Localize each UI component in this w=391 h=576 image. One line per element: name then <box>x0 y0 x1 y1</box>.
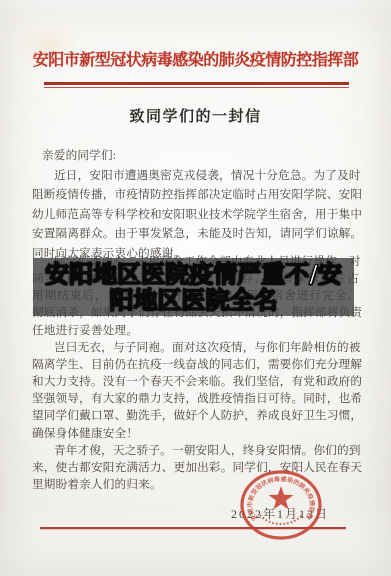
letter-line: 确保身体健康安全！ <box>32 425 359 442</box>
letter-line: 幼儿师范高等专科学校和安阳职业技术学院学生宿舍，用于集中 <box>32 205 359 225</box>
letter-photo-page: 安阳市新型冠状病毒感染的肺炎疫情防控指挥部 致同学们的一封信 亲爱的同学们:近日… <box>0 0 391 576</box>
header-rule-thin <box>44 87 349 88</box>
letter-line: 岂曰无衣，与子同袍。面对这次疫情，与你们年龄相仿的被 <box>32 339 359 356</box>
letter-line: 近日，安阳市遭遇奥密克戎侵袭，情况十分危急。为了及时 <box>32 166 359 186</box>
caption-line-2: 阳地区医院全名 <box>110 287 278 313</box>
seal-star-icon <box>269 486 294 510</box>
letter-line: 青年才俊，天之骄子。一朝安阳人，终身安阳情。你们的到 <box>32 442 359 459</box>
letter-line: 任地进行妥善处理。 <box>32 322 359 339</box>
letter-line: 亲爱的同学们: <box>32 146 359 166</box>
letter-line: 阻断疫情传播，市疫情防控指挥部决定临时占用安阳学院、安阳 <box>32 185 359 205</box>
letter-line: 坚强领导，有大家的鼎力支持，战胜疫情指日可待。同时，也希 <box>32 390 359 407</box>
official-seal: 安阳市新型冠状病毒感染的肺炎疫情防控指挥部 <box>236 464 328 544</box>
letter-line: 安置隔离群众。由于事发紧急，未能及时告知，请同学们谅解。 <box>32 224 359 244</box>
header-rule-thick <box>44 82 349 85</box>
caption-line-1: 安阳地区医院疫情严重不/安 <box>45 261 342 287</box>
seal-bottom-code <box>260 515 302 524</box>
video-caption-overlay: 安阳地区医院疫情严重不/安 阳地区医院全名 <box>33 258 354 316</box>
letter-line: 和大力支持。没有一个春天不会来临。我们坚信，有党和政府的 <box>32 373 359 390</box>
letter-line: 隔离学生、目前仍在抗疫一线奋战的同志们，需要你们充分理解 <box>32 356 359 373</box>
letter-line: 望同学们戴口罩、勤洗手，做好个人防护，养成良好卫生习惯， <box>32 407 359 424</box>
letter-body-paragraph-1: 亲爱的同学们:近日，安阳市遭遇奥密克戎侵袭，情况十分危急。为了及时阻断疫情传播，… <box>32 146 359 264</box>
letter-title: 致同学们的一封信 <box>0 106 391 128</box>
header-rule <box>44 82 349 88</box>
header-org-title: 安阳市新型冠状病毒感染的肺炎疫情防控指挥部 <box>0 44 391 78</box>
